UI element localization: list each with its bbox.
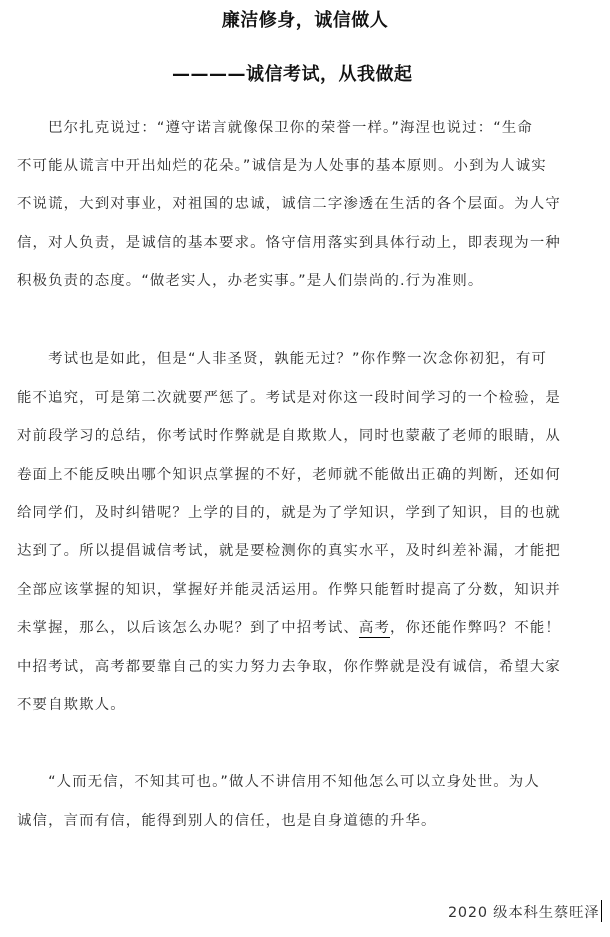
text-line: 信，对人负责，是诚信的基本要求。恪守信用落实到具体行动上，即表现为一种 [17, 233, 603, 253]
text-line: 卷面上不能反映出哪个知识点掌握的不好，老师就不能做出正确的判断，还如何 [17, 465, 603, 485]
document-subtitle: ————诚信考试，从我做起 [172, 60, 413, 86]
text-line: 巴尔扎克说过：“遵守诺言就像保卫你的荣誉一样。”海涅也说过：“生命 [17, 118, 603, 138]
text-line: 积极负责的态度。“做老实人，办老实事。”是人们崇尚的.行为准则。 [17, 271, 603, 291]
text-line: 达到了。所以提倡诚信考试，就是要检测你的真实水平，及时纠差补漏，才能把 [17, 541, 603, 561]
text-cursor [601, 900, 603, 922]
text-line-with-link: 未掌握，那么，以后该怎么办呢？到了中招考试、高考，你还能作弊吗？不能！ [17, 618, 603, 638]
text-line: 给同学们，及时纠错呢？上学的目的，就是为了学知识，学到了知识，目的也就 [17, 503, 603, 523]
signature: 2020 级本科生蔡旺泽 [448, 900, 602, 922]
text-segment: 未掌握，那么，以后该怎么办呢？到了中招考试、 [17, 620, 359, 636]
text-line: “人而无信，不知其可也。”做人不讲信用不知他怎么可以立身处世。为人 [17, 772, 603, 792]
document-title: 廉洁修身，诚信做人 [0, 6, 610, 32]
text-line: 对前段学习的总结，你考试时作弊就是自欺欺人，同时也蒙蔽了老师的眼睛，从 [17, 426, 603, 446]
text-line: 中招考试，高考都要靠自己的实力努力去争取，你作弊就是没有诚信，希望大家 [17, 657, 603, 677]
text-line: 不可能从谎言中开出灿烂的花朵。”诚信是为人处事的基本原则。小到为人诚实 [17, 156, 603, 176]
text-line: 诚信，言而有信，能得到别人的信任，也是自身道德的升华。 [17, 811, 603, 831]
gaokao-link[interactable]: 高考 [359, 620, 390, 638]
text-line: 全部应该掌握的知识，掌握好并能灵活运用。作弊只能暂时提高了分数，知识并 [17, 580, 603, 600]
text-segment: ，你还能作弊吗？不能！ [390, 620, 561, 636]
text-line: 能不追究，可是第二次就要严惩了。考试是对你这一段时间学习的一个检验，是 [17, 388, 603, 408]
signature-text: 2020 级本科生蔡旺泽 [448, 905, 600, 921]
text-line: 不说谎，大到对事业，对祖国的忠诚，诚信二字渗透在生活的各个层面。为人守 [17, 194, 603, 214]
text-line: 考试也是如此，但是“人非圣贤，孰能无过？”你作弊一次念你初犯，有可 [17, 349, 603, 369]
text-line: 不要自欺欺人。 [17, 695, 603, 715]
